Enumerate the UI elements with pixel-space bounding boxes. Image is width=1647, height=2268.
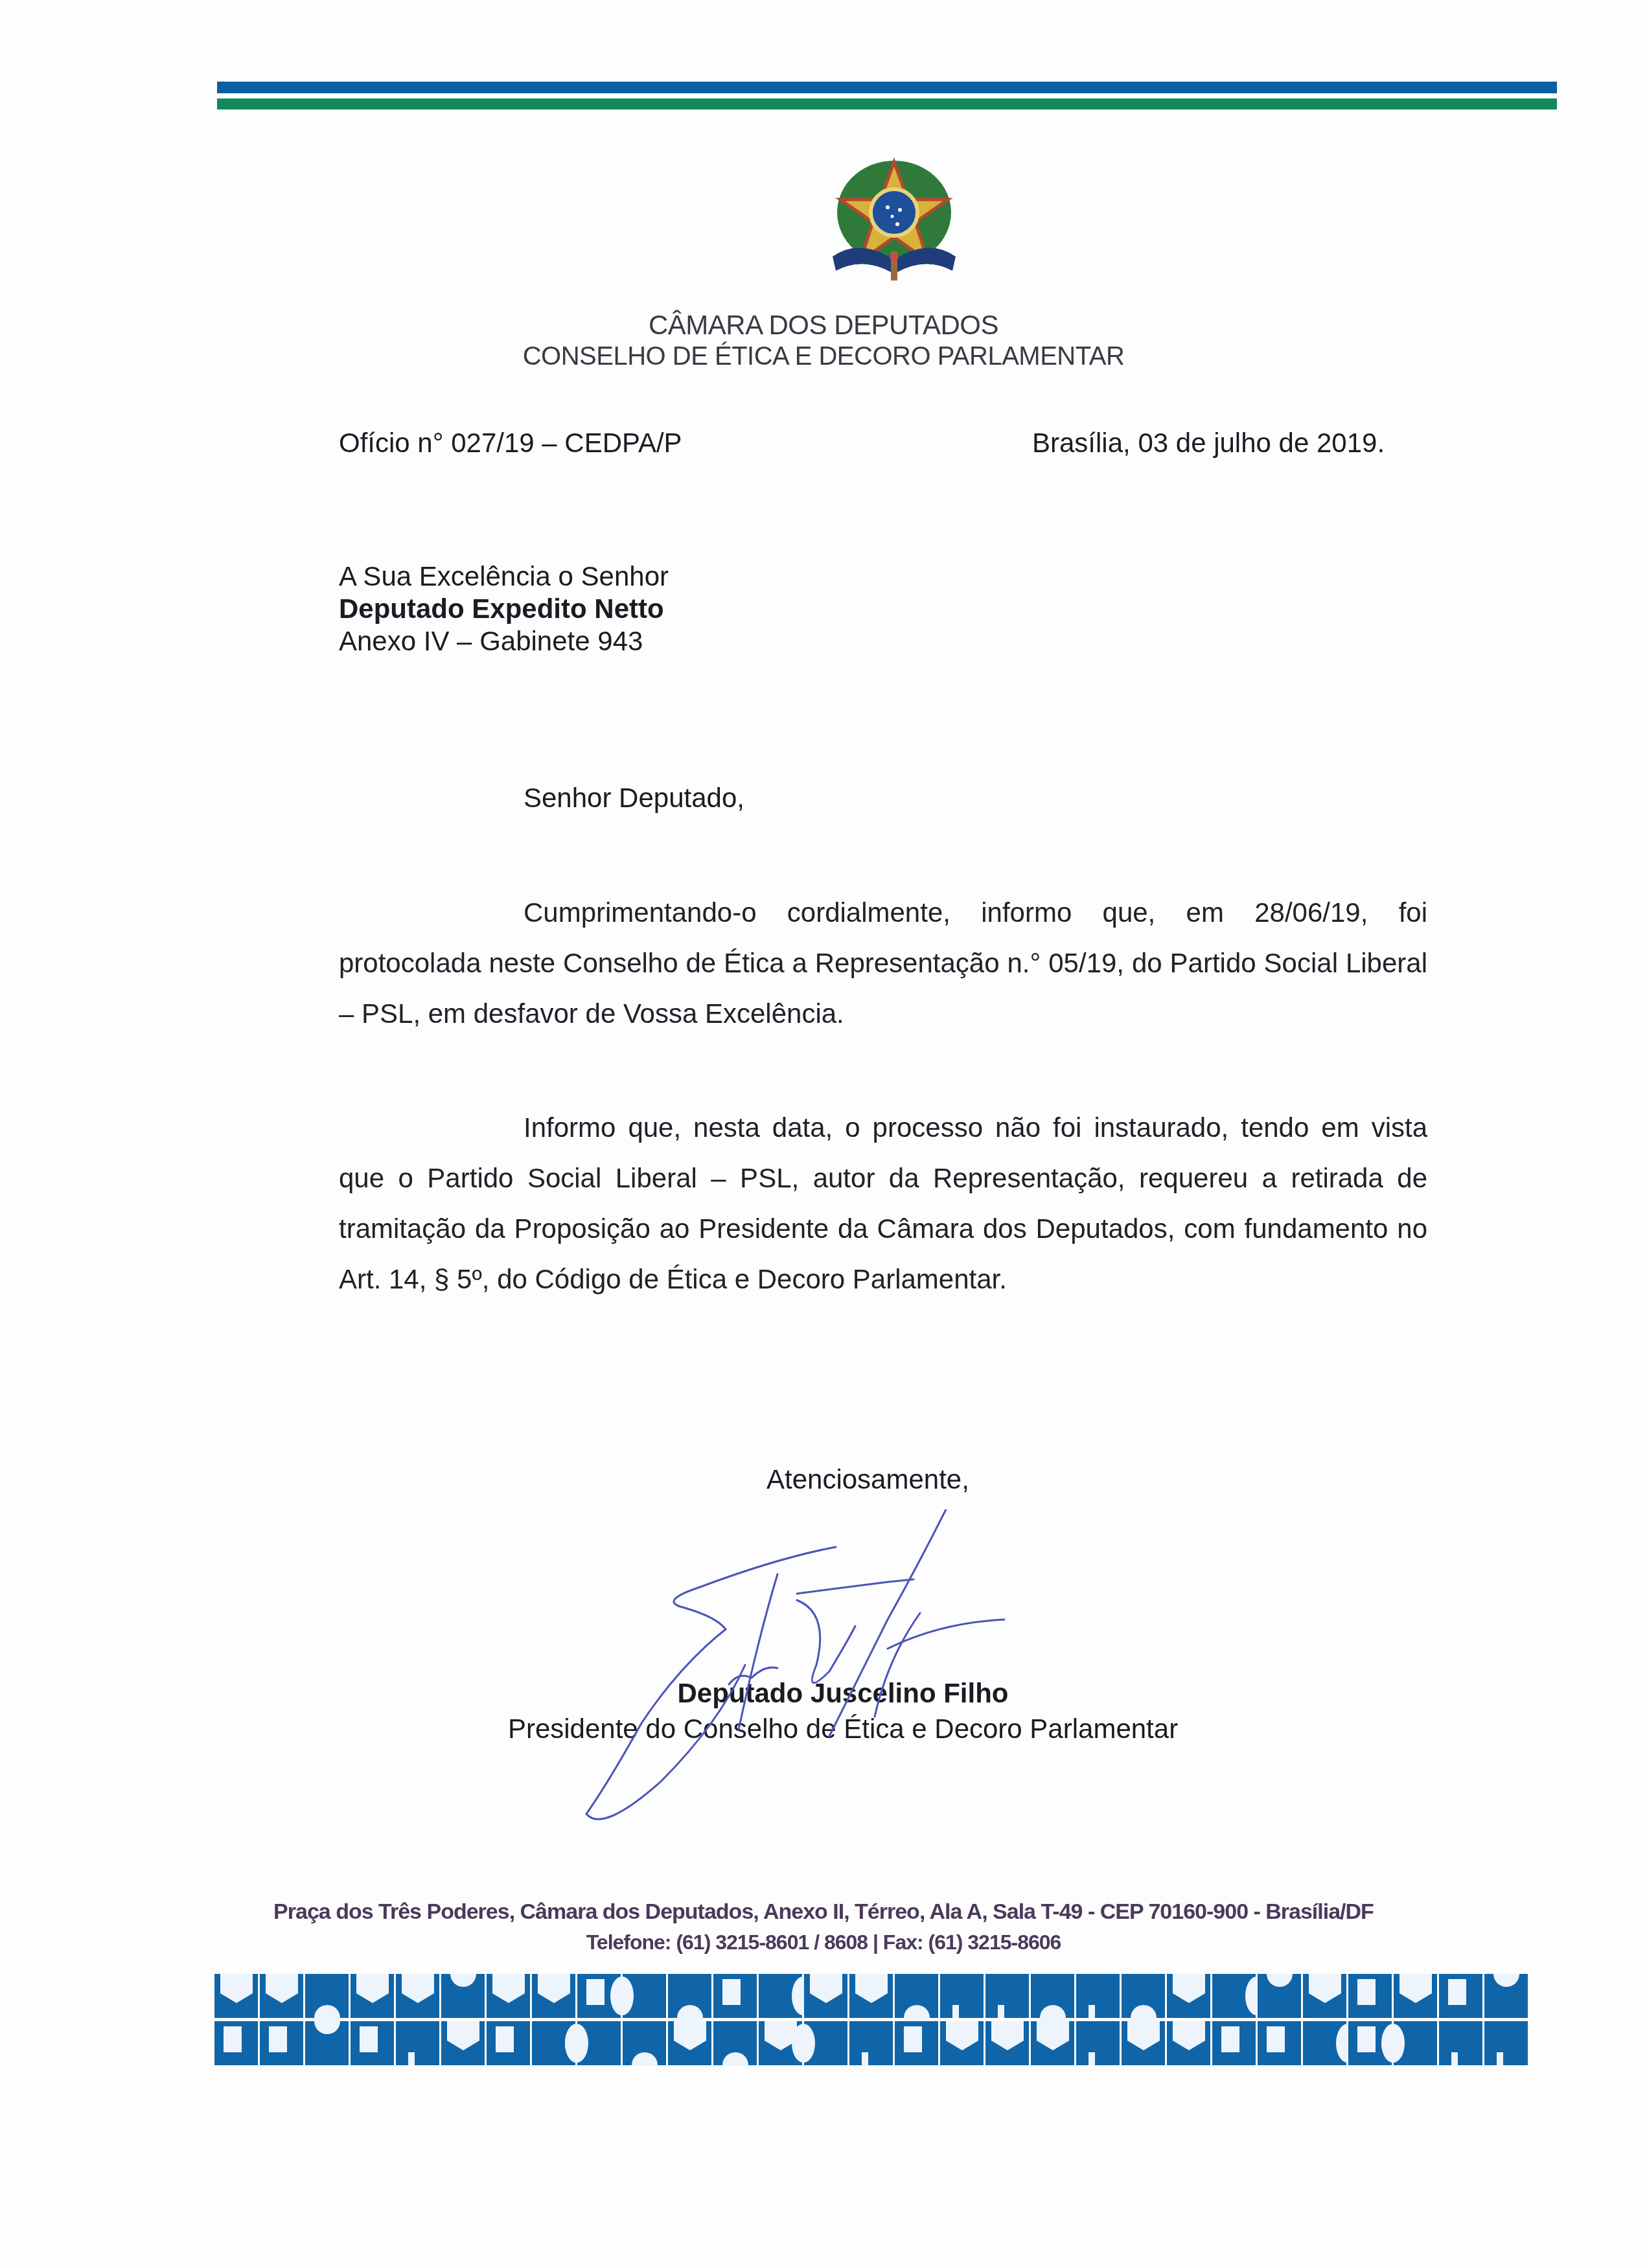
- letter-date: Brasília, 03 de julho de 2019.: [1032, 428, 1385, 459]
- footer-contact: Telefone: (61) 3215-8601 / 8608 | Fax: (…: [0, 1930, 1647, 1954]
- chamber-geometric-pattern-icon: [214, 1974, 1558, 2066]
- paragraph-1: Cumprimentando-o cordialmente, informo q…: [339, 888, 1427, 1039]
- recipient-salutation: A Sua Excelência o Senhor: [339, 560, 669, 593]
- institution-name: CÂMARA DOS DEPUTADOS: [0, 310, 1647, 341]
- header-blue-rule: [217, 82, 1557, 93]
- council-name: CONSELHO DE ÉTICA E DECORO PARLAMENTAR: [0, 342, 1647, 371]
- greeting: Senhor Deputado,: [524, 783, 744, 814]
- recipient-office: Anexo IV – Gabinete 943: [339, 625, 669, 658]
- paragraph-2-text: Informo que, nesta data, o processo não …: [339, 1112, 1427, 1294]
- recipient-name: Deputado Expedito Netto: [339, 593, 669, 625]
- brazil-coat-of-arms-icon: [820, 154, 969, 284]
- header-green-rule: [217, 98, 1557, 109]
- paragraph-1-text: Cumprimentando-o cordialmente, informo q…: [339, 897, 1427, 1029]
- closing: Atenciosamente,: [766, 1464, 969, 1495]
- letter-reference: Ofício n° 027/19 – CEDPA/P: [339, 428, 682, 459]
- handwritten-signature-icon: [583, 1509, 1166, 1833]
- recipient-block: A Sua Excelência o Senhor Deputado Exped…: [339, 560, 669, 658]
- footer-address: Praça dos Três Poderes, Câmara dos Deput…: [0, 1899, 1647, 1925]
- paragraph-2: Informo que, nesta data, o processo não …: [339, 1103, 1427, 1305]
